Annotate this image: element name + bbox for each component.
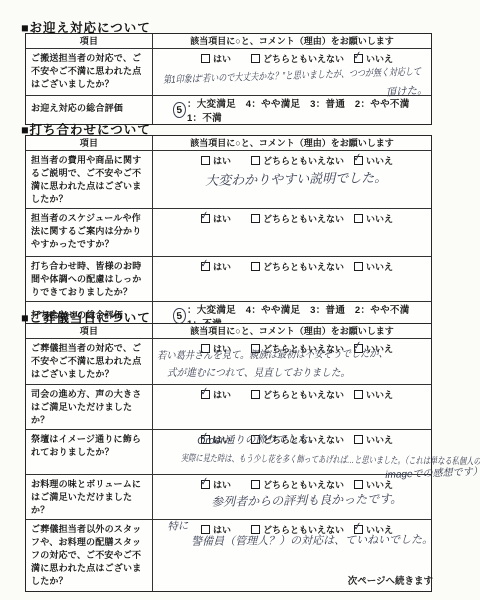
- option-label: はい: [213, 54, 231, 64]
- option-label: はい: [213, 156, 231, 166]
- handwritten-check-icon: ✓: [199, 384, 210, 398]
- checkbox-icon: [354, 435, 363, 444]
- checkbox-neutral: どちらともいえない: [251, 154, 344, 167]
- checkbox-icon: ✓: [201, 214, 210, 223]
- handwritten-comment: 特に: [167, 518, 189, 534]
- handwritten-comment: Order通りの飾りでした。: [197, 431, 319, 448]
- survey-table-pickup: 項目 該当項目に○と、コメント（理由）をお願いします ご搬送担当者の対応で、ご不…: [25, 33, 432, 125]
- checkbox-icon: [354, 262, 363, 271]
- handwritten-comment: 式が進むにつれて、見直しておりました。: [167, 365, 350, 380]
- answer-cell: はい どちらともいえない ✓いいえ 大変わかりやすい説明でした。: [153, 151, 431, 208]
- answer-cell: ✓はい どちらともいえない いいえ: [153, 209, 431, 256]
- options-row: ✓はい どちらともいえない いいえ: [153, 212, 431, 224]
- handwritten-comment: 若い葛井さんを見て。親族は最初は不安そうでしたが、: [157, 346, 388, 363]
- table-row: 担当者のスケジュールや作法に関するご案内は分かりやすかったですか？ ✓はい どち…: [26, 208, 431, 256]
- answer-cell: ✓はい どちらともいえない いいえ: [153, 385, 431, 429]
- table-row: ご葬儀担当者の対応で、ご不安やご不満に思われた点はございましたか？ はい どちら…: [26, 338, 431, 384]
- option-label: はい: [213, 480, 231, 490]
- comment-header-cell: 該当項目に○と、コメント（理由）をお願いします: [153, 324, 431, 338]
- option-label: どちらともいえない: [263, 54, 344, 64]
- option-label: いいえ: [366, 156, 393, 166]
- question-cell: 司会の進め方、声の大きさはご満足いただけましたか？: [26, 385, 153, 429]
- checkbox-icon: [251, 390, 260, 399]
- rating-scale-text: ：大変満足 4：やや満足 3：普通 2：やや不満 1：不満: [187, 96, 431, 124]
- handwritten-check-icon: ✓: [199, 208, 210, 222]
- comment-header-cell: 該当項目に○と、コメント（理由）をお願いします: [153, 136, 431, 150]
- comment-header-cell: 該当項目に○と、コメント（理由）をお願いします: [153, 34, 431, 48]
- question-cell: ご葬儀担当者以外のスタッフや、お料理の配膳スタッフの対応で、ご不安やご不満に思わ…: [26, 520, 153, 590]
- table-header-row: 項目 該当項目に○と、コメント（理由）をお願いします: [26, 34, 431, 48]
- option-label: いいえ: [366, 435, 393, 445]
- checkbox-yes: はい: [201, 52, 231, 65]
- handwritten-check-icon: ✓: [352, 150, 363, 164]
- answer-cell: はい どちらともいえない ✓いいえ 若い葛井さんを見て。親族は最初は不安そうでし…: [153, 339, 431, 384]
- option-label: どちらともいえない: [263, 480, 344, 490]
- table-row: お料理の味とボリュームにはご満足いただけましたか？ ✓はい どちらともいえない …: [26, 474, 431, 519]
- survey-table-meeting: 項目 該当項目に○と、コメント（理由）をお願いします 担当者の費用や商品に関する…: [25, 135, 432, 331]
- checkbox-no: いいえ: [354, 388, 393, 401]
- answer-cell: ✓はい どちらともいえない いいえ 参列者からの評判も良かったです。: [153, 475, 431, 519]
- option-label: いいえ: [366, 390, 393, 400]
- option-label: どちらともいえない: [263, 390, 344, 400]
- checkbox-no: いいえ: [354, 433, 393, 446]
- checkbox-icon: ✓: [354, 156, 363, 165]
- handwritten-check-icon: ✓: [199, 474, 210, 488]
- question-cell: ご搬送担当者の対応で、ご不安やご不満に思われた点はございましたか？: [26, 49, 153, 95]
- survey-table-funeral-day: 項目 該当項目に○と、コメント（理由）をお願いします ご葬儀担当者の対応で、ご不…: [25, 323, 432, 592]
- checkbox-no: いいえ: [354, 260, 393, 273]
- checkbox-yes: ✓はい: [201, 388, 231, 401]
- checkbox-icon: ✓: [201, 262, 210, 271]
- table-row: 祭壇はイメージ通りに飾られておりましたか？ ✓はい どちらともいえない いいえ …: [26, 429, 431, 474]
- table-header-row: 項目 該当項目に○と、コメント（理由）をお願いします: [26, 324, 431, 338]
- continue-note: 次ページへ続きます: [300, 573, 433, 587]
- checkbox-icon: ✓: [354, 54, 363, 63]
- question-cell: 担当者のスケジュールや作法に関するご案内は分かりやすかったですか？: [26, 209, 153, 256]
- option-label: どちらともいえない: [263, 214, 344, 224]
- options-row: はい どちらともいえない ✓いいえ: [153, 154, 431, 166]
- answer-cell: ✓はい どちらともいえない いいえ Order通りの飾りでした。 実際に見た時は…: [153, 430, 431, 474]
- question-cell: 祭壇はイメージ通りに飾られておりましたか？: [26, 430, 153, 474]
- option-label: いいえ: [366, 54, 393, 64]
- table-header-row: 項目 該当項目に○と、コメント（理由）をお願いします: [26, 136, 431, 150]
- checkbox-icon: [201, 156, 210, 165]
- checkbox-neutral: どちらともいえない: [251, 478, 344, 491]
- table-row: 司会の進め方、声の大きさはご満足いただけましたか？ ✓はい どちらともいえない …: [26, 384, 431, 429]
- checkbox-icon: [251, 480, 260, 489]
- checkbox-icon: [251, 156, 260, 165]
- circled-rating: 5: [172, 101, 186, 118]
- handwritten-comment: 大変わかりやすい説明でした。: [205, 167, 387, 189]
- option-label: はい: [213, 390, 231, 400]
- checkbox-yes: はい: [201, 154, 231, 167]
- option-label: いいえ: [366, 480, 393, 490]
- table-row: 打ち合わせ時、皆様のお時間や体調への配慮はしっかりできておりましたか？ ✓はい …: [26, 256, 431, 301]
- checkbox-icon: ✓: [201, 390, 210, 399]
- checkbox-icon: [354, 214, 363, 223]
- item-header-cell: 項目: [26, 136, 153, 150]
- checkbox-no: ✓いいえ: [354, 154, 393, 167]
- options-row: ✓はい どちらともいえない いいえ: [153, 260, 431, 272]
- question-cell: 打ち合わせ時、皆様のお時間や体調への配慮はしっかりできておりましたか？: [26, 257, 153, 301]
- table-row: ご搬送担当者の対応で、ご不安やご不満に思われた点はございましたか？ はい どちら…: [26, 48, 431, 95]
- table-row: 担当者の費用や商品に関するご説明で、ご不安やご不満に思われた点はございましたか？…: [26, 150, 431, 208]
- handwritten-check-icon: ✓: [199, 256, 210, 270]
- option-label: どちらともいえない: [263, 262, 344, 272]
- rating-scale-cell: 5：大変満足 4：やや満足 3：普通 2：やや不満 1：不満: [153, 96, 431, 124]
- checkbox-neutral: どちらともいえない: [251, 260, 344, 273]
- checkbox-icon: [251, 54, 260, 63]
- options-row: はい どちらともいえない ✓いいえ: [153, 52, 431, 64]
- handwritten-check-icon: ✓: [352, 48, 363, 62]
- item-header-cell: 項目: [26, 34, 153, 48]
- question-cell: 担当者の費用や商品に関するご説明で、ご不安やご不満に思われた点はございましたか？: [26, 151, 153, 208]
- option-label: どちらともいえない: [263, 156, 344, 166]
- checkbox-yes: ✓はい: [201, 478, 231, 491]
- checkbox-icon: [201, 54, 210, 63]
- checkbox-yes: ✓はい: [201, 260, 231, 273]
- checkbox-yes: ✓はい: [201, 212, 231, 225]
- checkbox-icon: [251, 214, 260, 223]
- checkbox-neutral: どちらともいえない: [251, 212, 344, 225]
- checkbox-icon: [251, 262, 260, 271]
- checkbox-icon: [354, 390, 363, 399]
- handwritten-comment: 第1印象は“若いので大丈夫かな？”と思いましたが、つつが無く対応して: [163, 63, 421, 86]
- answer-cell: ✓はい どちらともいえない いいえ: [153, 257, 431, 301]
- answer-cell: はい どちらともいえない ✓いいえ 第1印象は“若いので大丈夫かな？”と思いまし…: [153, 49, 431, 95]
- option-label: いいえ: [366, 214, 393, 224]
- handwritten-comment: imageでの感想です）: [385, 463, 480, 481]
- question-cell: ご葬儀担当者の対応で、ご不安やご不満に思われた点はございましたか？: [26, 339, 153, 384]
- handwritten-comment: 警備員（管理人？）の対応は、ていねいでした。: [191, 531, 433, 549]
- handwritten-comment: 参列者からの評判も良かったです。: [211, 490, 402, 510]
- question-cell: お料理の味とボリュームにはご満足いただけましたか？: [26, 475, 153, 519]
- option-label: はい: [213, 262, 231, 272]
- checkbox-icon: ✓: [201, 480, 210, 489]
- option-label: いいえ: [366, 262, 393, 272]
- item-header-cell: 項目: [26, 324, 153, 338]
- checkbox-icon: [354, 480, 363, 489]
- checkbox-neutral: どちらともいえない: [251, 388, 344, 401]
- checkbox-neutral: どちらともいえない: [251, 52, 344, 65]
- option-label: はい: [213, 214, 231, 224]
- options-row: ✓はい どちらともいえない いいえ: [153, 388, 431, 400]
- checkbox-no: いいえ: [354, 212, 393, 225]
